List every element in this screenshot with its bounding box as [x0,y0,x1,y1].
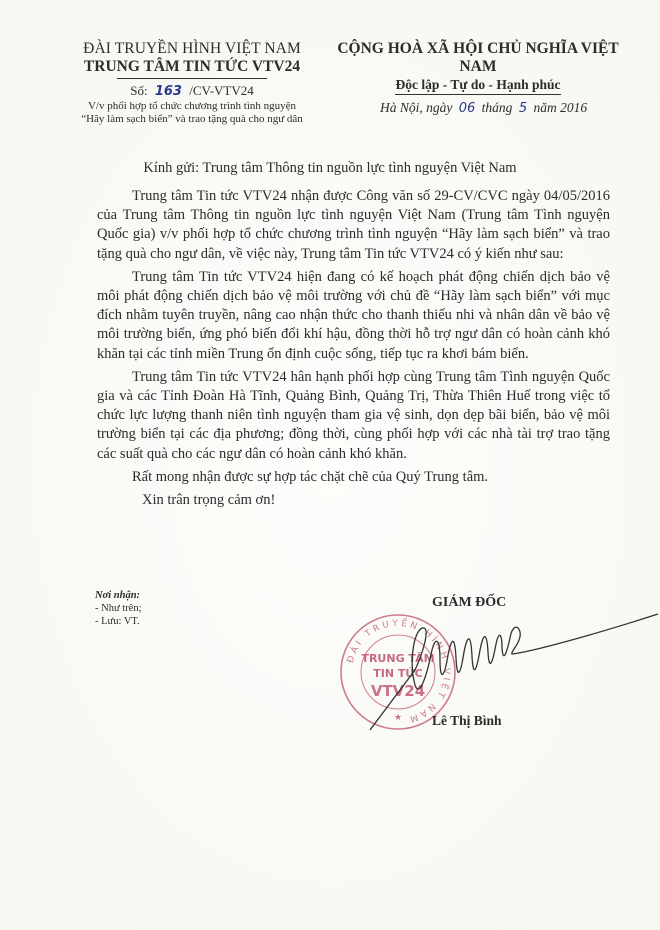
salutation: Kính gửi: Trung tâm Thông tin nguồn lực … [0,160,660,177]
national-motto: Độc lập - Tự do - Hạnh phúc [395,76,560,95]
recipient-item: - Lưu: VT. [95,615,142,628]
letter-body: Trung tâm Tin tức VTV24 nhận được Công v… [97,187,610,514]
thanks-line: Xin trân trọng cảm ơn! [97,491,610,510]
subject-line-1: V/v phối hợp tổ chức chương trình tình n… [62,100,322,113]
number-label: Số: [130,83,147,98]
subject-line-2: “Hãy làm sạch biển” và trao tặng quà cho… [62,113,322,126]
recipient-item: - Như trên; [95,602,142,615]
document-date: Hà Nội, ngày 06 tháng 5 năm 2016 [380,100,587,116]
national-header: CỘNG HOÀ XÃ HỘI CHỦ NGHĨA VIỆT NAM Độc l… [318,40,638,95]
handwritten-signature [360,600,660,740]
recipients-block: Nơi nhận: - Như trên; - Lưu: VT. [95,589,142,628]
date-year: năm 2016 [533,100,587,115]
signatory-name: Lê Thị Bình [432,713,502,729]
nation-title: CỘNG HOÀ XÃ HỘI CHỦ NGHĨA VIỆT NAM [318,40,638,76]
document-page: ĐÀI TRUYỀN HÌNH VIỆT NAM TRUNG TÂM TIN T… [0,0,660,930]
number-value: 163 [151,84,186,99]
paragraph: Trung tâm Tin tức VTV24 hiện đang có kế … [97,268,610,364]
sender-organization: TRUNG TÂM TIN TỨC VTV24 [62,58,322,76]
paragraph: Trung tâm Tin tức VTV24 hân hạnh phối hợ… [97,368,610,464]
sender-header: ĐÀI TRUYỀN HÌNH VIỆT NAM TRUNG TÂM TIN T… [62,40,322,126]
date-prefix: Hà Nội, ngày [380,100,452,115]
parent-organization: ĐÀI TRUYỀN HÌNH VIỆT NAM [62,40,322,58]
header-underline [117,78,267,79]
date-month-label: tháng [482,100,513,115]
date-day: 06 [456,101,479,116]
paragraph: Rất mong nhận được sự hợp tác chặt chẽ c… [97,468,610,487]
number-suffix: /CV-VTV24 [189,83,254,98]
paragraph: Trung tâm Tin tức VTV24 nhận được Công v… [97,187,610,264]
document-number: Số: 163 /CV-VTV24 [62,83,322,100]
date-month: 5 [516,101,530,116]
recipients-title: Nơi nhận: [95,589,142,602]
